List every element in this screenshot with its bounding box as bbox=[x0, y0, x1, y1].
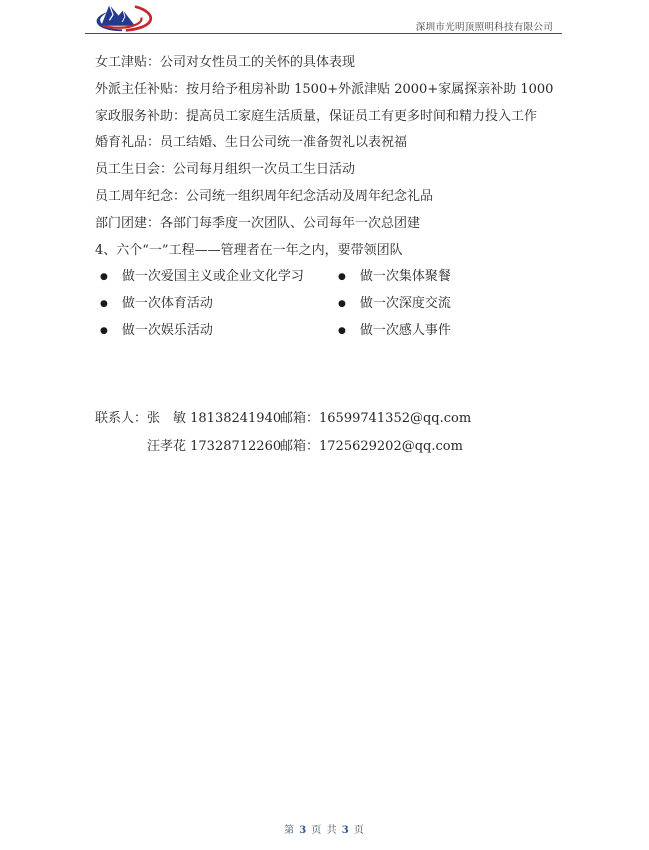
contact-name-phone: 汪孝花 17328712260 bbox=[95, 433, 280, 461]
list-item: ● 做一次集体聚餐 bbox=[338, 264, 451, 291]
bullet-icon: ● bbox=[338, 300, 346, 309]
company-logo-icon bbox=[90, 2, 158, 33]
benefit-line: 女工津贴：公司对女性员工的关怀的具体表现 bbox=[95, 50, 570, 77]
benefit-line: 员工生日会：公司每月组织一次员工生日活动 bbox=[95, 157, 570, 184]
benefit-line: 部门团建：各部门每季度一次团队、公司每年一次总团建 bbox=[95, 211, 570, 238]
header-company-name: 深圳市光明顶照明科技有限公司 bbox=[416, 19, 553, 33]
bullet-icon: ● bbox=[338, 273, 346, 282]
contact-name-phone: 联系人：张 敏 18138241940 bbox=[95, 405, 280, 433]
footer-text: 页 共 bbox=[307, 825, 342, 836]
document-page: 深圳市光明顶照明科技有限公司 女工津贴：公司对女性员工的关怀的具体表现 外派主任… bbox=[0, 0, 649, 850]
list-item-label: 做一次感人事件 bbox=[360, 318, 451, 345]
contact-email: 邮箱：1725629202@qq.com bbox=[280, 433, 463, 461]
contact-section: 联系人：张 敏 18138241940 邮箱：16599741352@qq.co… bbox=[95, 405, 565, 461]
bullet-icon: ● bbox=[338, 327, 346, 336]
contact-email: 邮箱：16599741352@qq.com bbox=[280, 405, 471, 433]
list-item-label: 做一次体育活动 bbox=[122, 291, 213, 318]
list-item: ● 做一次感人事件 bbox=[338, 318, 451, 345]
contact-row: 联系人：张 敏 18138241940 邮箱：16599741352@qq.co… bbox=[95, 405, 565, 433]
list-item: ● 做一次娱乐活动 bbox=[100, 318, 338, 345]
bullet-row: ● 做一次爱国主义或企业文化学习 ● 做一次集体聚餐 bbox=[95, 264, 570, 291]
benefit-line: 员工周年纪念：公司统一组织周年纪念活动及周年纪念礼品 bbox=[95, 184, 570, 211]
footer-text: 第 bbox=[284, 825, 299, 836]
body-content: 女工津贴：公司对女性员工的关怀的具体表现 外派主任补贴：按月给予租房补助 150… bbox=[95, 50, 570, 345]
bullet-row: ● 做一次娱乐活动 ● 做一次感人事件 bbox=[95, 318, 570, 345]
benefit-line: 家政服务补助：提高员工家庭生活质量，保证员工有更多时间和精力投入工作 bbox=[95, 104, 570, 131]
list-item: ● 做一次深度交流 bbox=[338, 291, 451, 318]
bullet-icon: ● bbox=[100, 273, 108, 282]
contact-row: 汪孝花 17328712260 邮箱：1725629202@qq.com bbox=[95, 433, 565, 461]
bullet-icon: ● bbox=[100, 300, 108, 309]
list-item-label: 做一次深度交流 bbox=[360, 291, 451, 318]
list-item: ● 做一次爱国主义或企业文化学习 bbox=[100, 264, 338, 291]
footer-text: 页 bbox=[350, 825, 365, 836]
total-page-number: 3 bbox=[342, 825, 350, 836]
list-item-label: 做一次娱乐活动 bbox=[122, 318, 213, 345]
list-item-label: 做一次爱国主义或企业文化学习 bbox=[122, 264, 304, 291]
page-footer: 第 3 页 共 3 页 bbox=[0, 821, 649, 836]
benefit-line: 外派主任补贴：按月给予租房补助 1500+外派津贴 2000+家属探亲补助 10… bbox=[95, 77, 570, 104]
list-item: ● 做一次体育活动 bbox=[100, 291, 338, 318]
section-heading: 4、六个“一”工程——管理者在一年之内，要带领团队 bbox=[95, 238, 570, 265]
benefit-line: 婚育礼品：员工结婚、生日公司统一准备贺礼以表祝福 bbox=[95, 130, 570, 157]
header-divider bbox=[85, 33, 562, 34]
bullet-icon: ● bbox=[100, 327, 108, 336]
list-item-label: 做一次集体聚餐 bbox=[360, 264, 451, 291]
bullet-row: ● 做一次体育活动 ● 做一次深度交流 bbox=[95, 291, 570, 318]
